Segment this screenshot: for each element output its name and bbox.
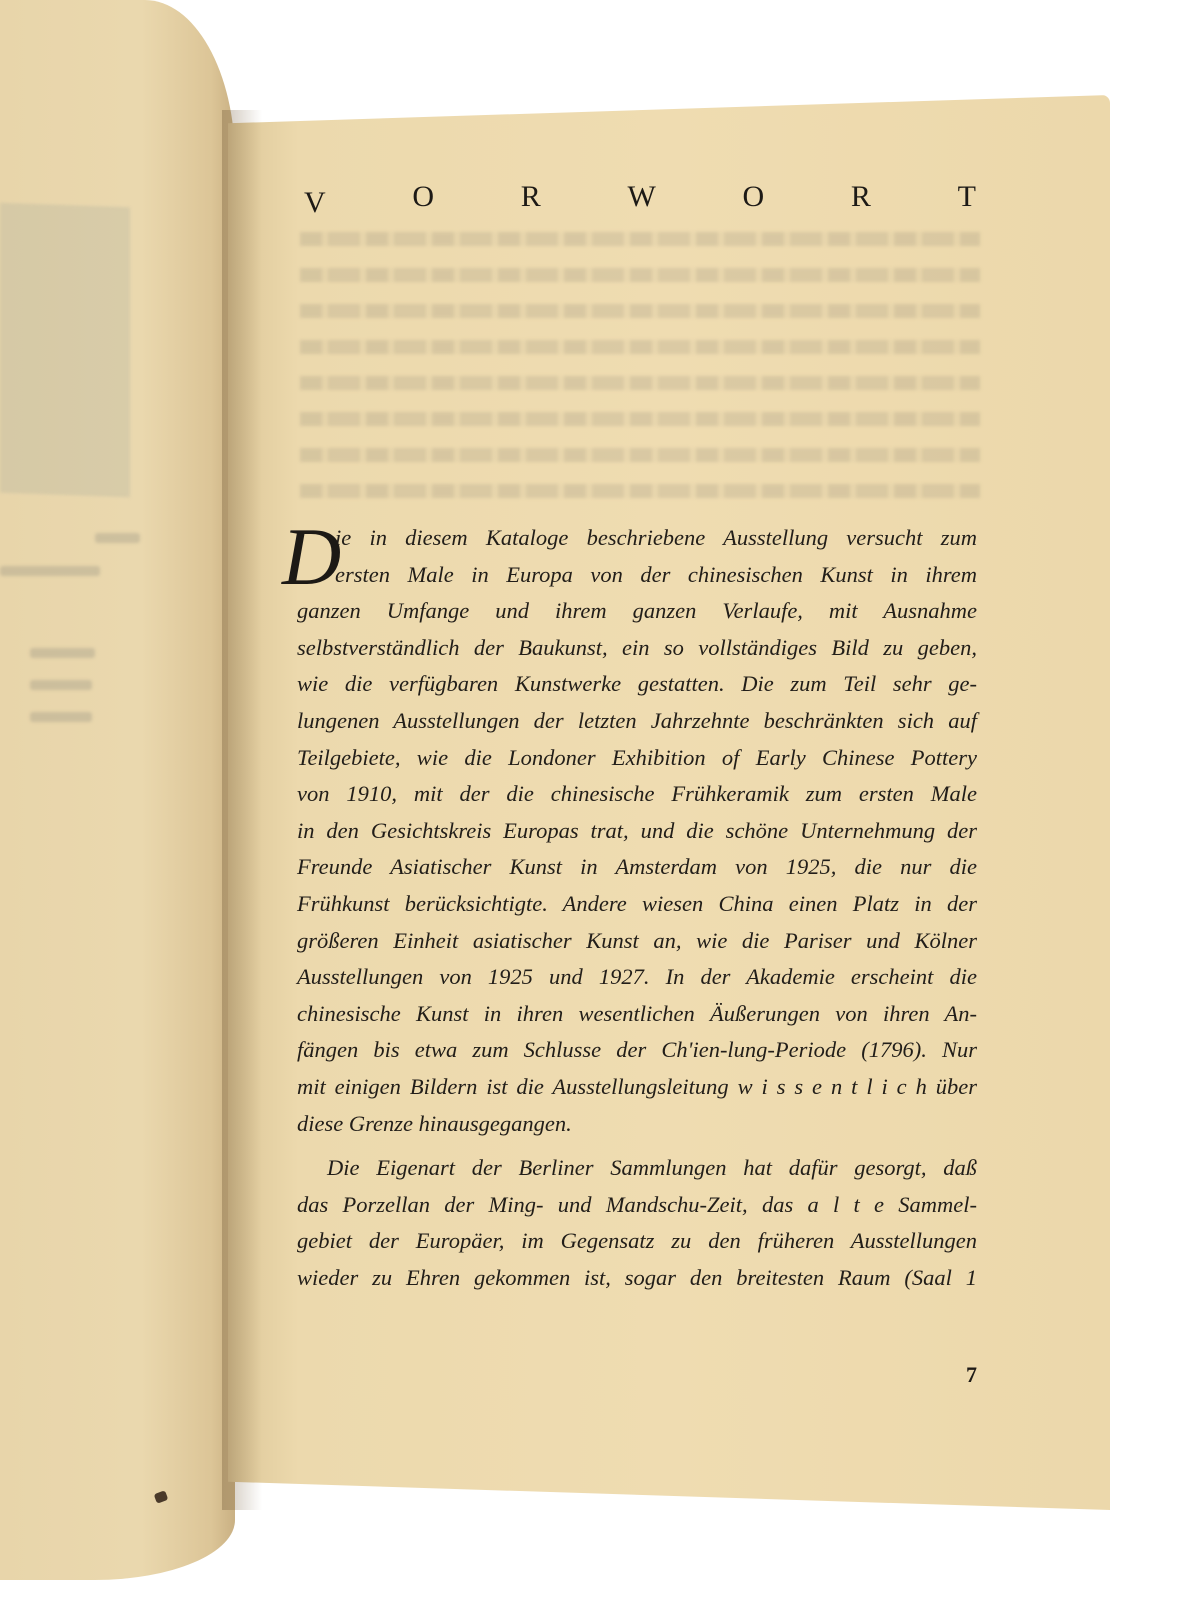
- bleed-caption-line: [30, 648, 95, 658]
- body-text: D ie in diesem Kataloge beschriebene Aus…: [297, 520, 977, 1296]
- bleed-caption-line: [30, 680, 92, 690]
- bleed-caption-line: [0, 566, 100, 576]
- text-line: ganzen Umfange und ihrem ganzen Verlaufe…: [297, 593, 977, 630]
- bleed-through-line: [300, 232, 980, 246]
- paragraph-gap: [297, 1142, 977, 1150]
- bleed-through-line: [300, 376, 980, 390]
- bleed-through-line: [300, 484, 980, 498]
- bleed-through-line: [300, 304, 980, 318]
- bleed-through-illustration: [0, 203, 130, 498]
- text-line: in den Gesichtskreis Europas trat, und d…: [297, 813, 977, 850]
- text-line: diese Grenze hinausgegangen.: [297, 1106, 977, 1143]
- heading-letter: W: [627, 180, 655, 214]
- text-line: fängen bis etwa zum Schlusse der Ch'ien-…: [297, 1032, 977, 1069]
- bleed-through-line: [300, 448, 980, 462]
- text-line: ie in diesem Kataloge beschriebene Ausst…: [297, 520, 977, 557]
- text-line: ersten Male in Europa von der chinesisch…: [297, 557, 977, 594]
- bleed-caption-line: [30, 712, 92, 722]
- text-line: das Porzellan der Ming- und Mandschu-Zei…: [297, 1187, 977, 1224]
- heading-letter: O: [743, 180, 765, 214]
- text-line: wie die verfügbaren Kunstwerke gestatten…: [297, 666, 977, 703]
- text-line: Frühkunst berücksichtigte. Andere wiesen…: [297, 886, 977, 923]
- text-line: größeren Einheit asiatischer Kunst an, w…: [297, 923, 977, 960]
- text-line: Freunde Asiatischer Kunst in Amsterdam v…: [297, 849, 977, 886]
- heading-letter: T: [958, 180, 976, 214]
- text-line: lungenen Ausstellungen der letzten Jahrz…: [297, 703, 977, 740]
- heading-letter: V: [304, 186, 326, 220]
- drop-cap: D: [282, 522, 341, 592]
- page-number: 7: [966, 1362, 977, 1388]
- text-line: Ausstellungen von 1925 und 1927. In der …: [297, 959, 977, 996]
- text-line: Die Eigenart der Berliner Sammlungen hat…: [297, 1150, 977, 1187]
- text-line: mit einigen Bildern ist die Ausstellungs…: [297, 1069, 977, 1106]
- bleed-through-line: [300, 268, 980, 282]
- text-line: von 1910, mit der die chinesische Frühke…: [297, 776, 977, 813]
- text-line: Teilgebiete, wie die Londoner Exhibition…: [297, 740, 977, 777]
- left-page: [0, 0, 235, 1580]
- bleed-through-line: [300, 340, 980, 354]
- heading-letter: R: [851, 180, 871, 214]
- text-line: wieder zu Ehren gekommen ist, sogar den …: [297, 1260, 977, 1297]
- bleed-through-line: [300, 412, 980, 426]
- book-photo: V O R W O R T D ie in diesem Kataloge be…: [0, 0, 1200, 1600]
- text-line: selbstverständlich der Baukunst, ein so …: [297, 630, 977, 667]
- heading-letter: O: [412, 180, 434, 214]
- heading-letter: R: [521, 180, 541, 214]
- bleed-caption-line: [95, 533, 140, 543]
- page-title: V O R W O R T: [304, 180, 976, 214]
- gutter-shadow: [222, 110, 262, 1510]
- text-line: gebiet der Europäer, im Gegensatz zu den…: [297, 1223, 977, 1260]
- text-line: chinesische Kunst in ihren wesentlichen …: [297, 996, 977, 1033]
